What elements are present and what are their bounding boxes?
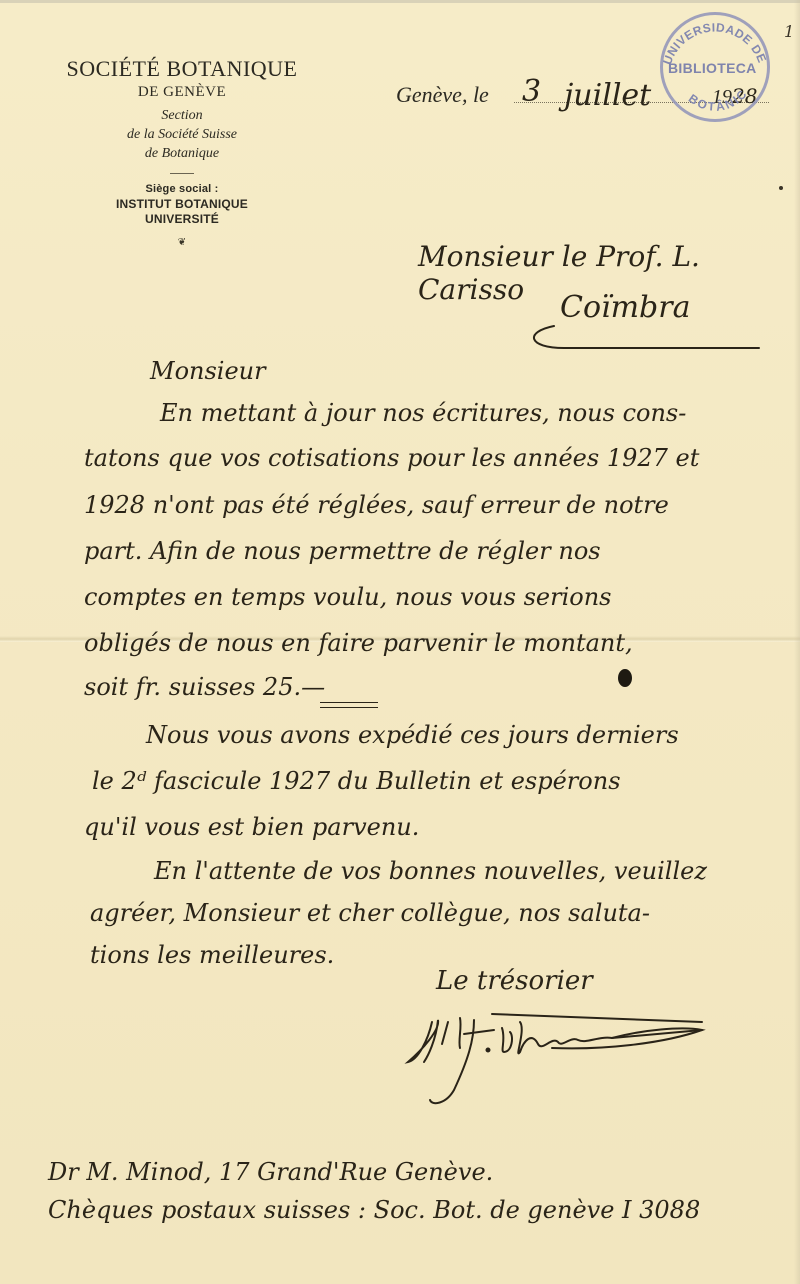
body-line: obligés de nous en faire parvenir le mon… (84, 628, 633, 658)
society-subtitle: DE GENÈVE (50, 82, 314, 102)
body-line: En l'attente de vos bonnes nouvelles, ve… (154, 856, 707, 886)
body-line: tatons que vos cotisations pour les anné… (84, 443, 699, 473)
footer-address: Dr M. Minod, 17 Grand'Rue Genève. (48, 1158, 493, 1186)
stamp-center-text: BIBLIOTECA (668, 60, 756, 76)
letterhead: SOCIÉTÉ BOTANIQUE DE GENÈVE Section de l… (50, 56, 314, 248)
paper-edge-shadow (794, 0, 800, 1284)
svg-text:BOTÂNICA: BOTÂNICA (650, 80, 751, 114)
address-flourish (524, 318, 764, 358)
section-line-2: de la Société Suisse (50, 125, 314, 144)
seat-line-1: INSTITUT BOTANIQUE (50, 197, 314, 212)
margin-dot (779, 186, 783, 190)
date-printed-prefix: Genève, le (396, 82, 489, 108)
svg-text:UNIVERSIDADE DE COIMBRA: UNIVERSIDADE DE COIMBRA (650, 8, 771, 68)
section-line-1: Section (50, 106, 314, 125)
page-number: 1 (784, 22, 794, 41)
closing-title: Le trésorier (436, 966, 593, 996)
body-line: qu'il vous est bien parvenu. (84, 812, 419, 842)
body-line: tions les meilleures. (90, 940, 334, 970)
body-line: le 2ᵈ fascicule 1927 du Bulletin et espé… (92, 766, 621, 796)
body-line: 1928 n'ont pas été réglées, sauf erreur … (84, 490, 669, 520)
emblem-icon: ❦ (50, 237, 314, 248)
date-day: 3 (522, 74, 541, 109)
ink-blot (618, 669, 632, 687)
body-line: agréer, Monsieur et cher collègue, nos s… (90, 898, 650, 928)
stamp-bottom-arc: BOTÂNICA (650, 80, 780, 130)
body-line: Nous vous avons expédié ces jours dernie… (146, 720, 679, 750)
salutation: Monsieur (150, 356, 266, 386)
body-line: En mettant à jour nos écritures, nous co… (160, 398, 686, 428)
seat-line-2: UNIVERSITÉ (50, 212, 314, 227)
amount-double-underline (320, 702, 378, 708)
body-line-amount: soit fr. suisses 25.— (84, 672, 325, 702)
letterhead-divider (170, 173, 194, 174)
society-title: SOCIÉTÉ BOTANIQUE (50, 56, 314, 82)
signature (402, 1000, 712, 1110)
footer-postal-cheque: Chèques postaux suisses : Soc. Bot. de g… (48, 1196, 700, 1224)
section-label: Section de la Société Suisse de Botaniqu… (50, 106, 314, 163)
seat-label: Siège social : (50, 182, 314, 197)
body-line: comptes en temps voulu, nous vous serion… (84, 582, 611, 612)
body-line: part. Afin de nous permettre de régler n… (84, 536, 601, 566)
section-line-3: de Botanique (50, 144, 314, 163)
stamp-top-arc: UNIVERSIDADE DE COIMBRA (650, 8, 780, 68)
date-month: juillet (564, 78, 651, 113)
